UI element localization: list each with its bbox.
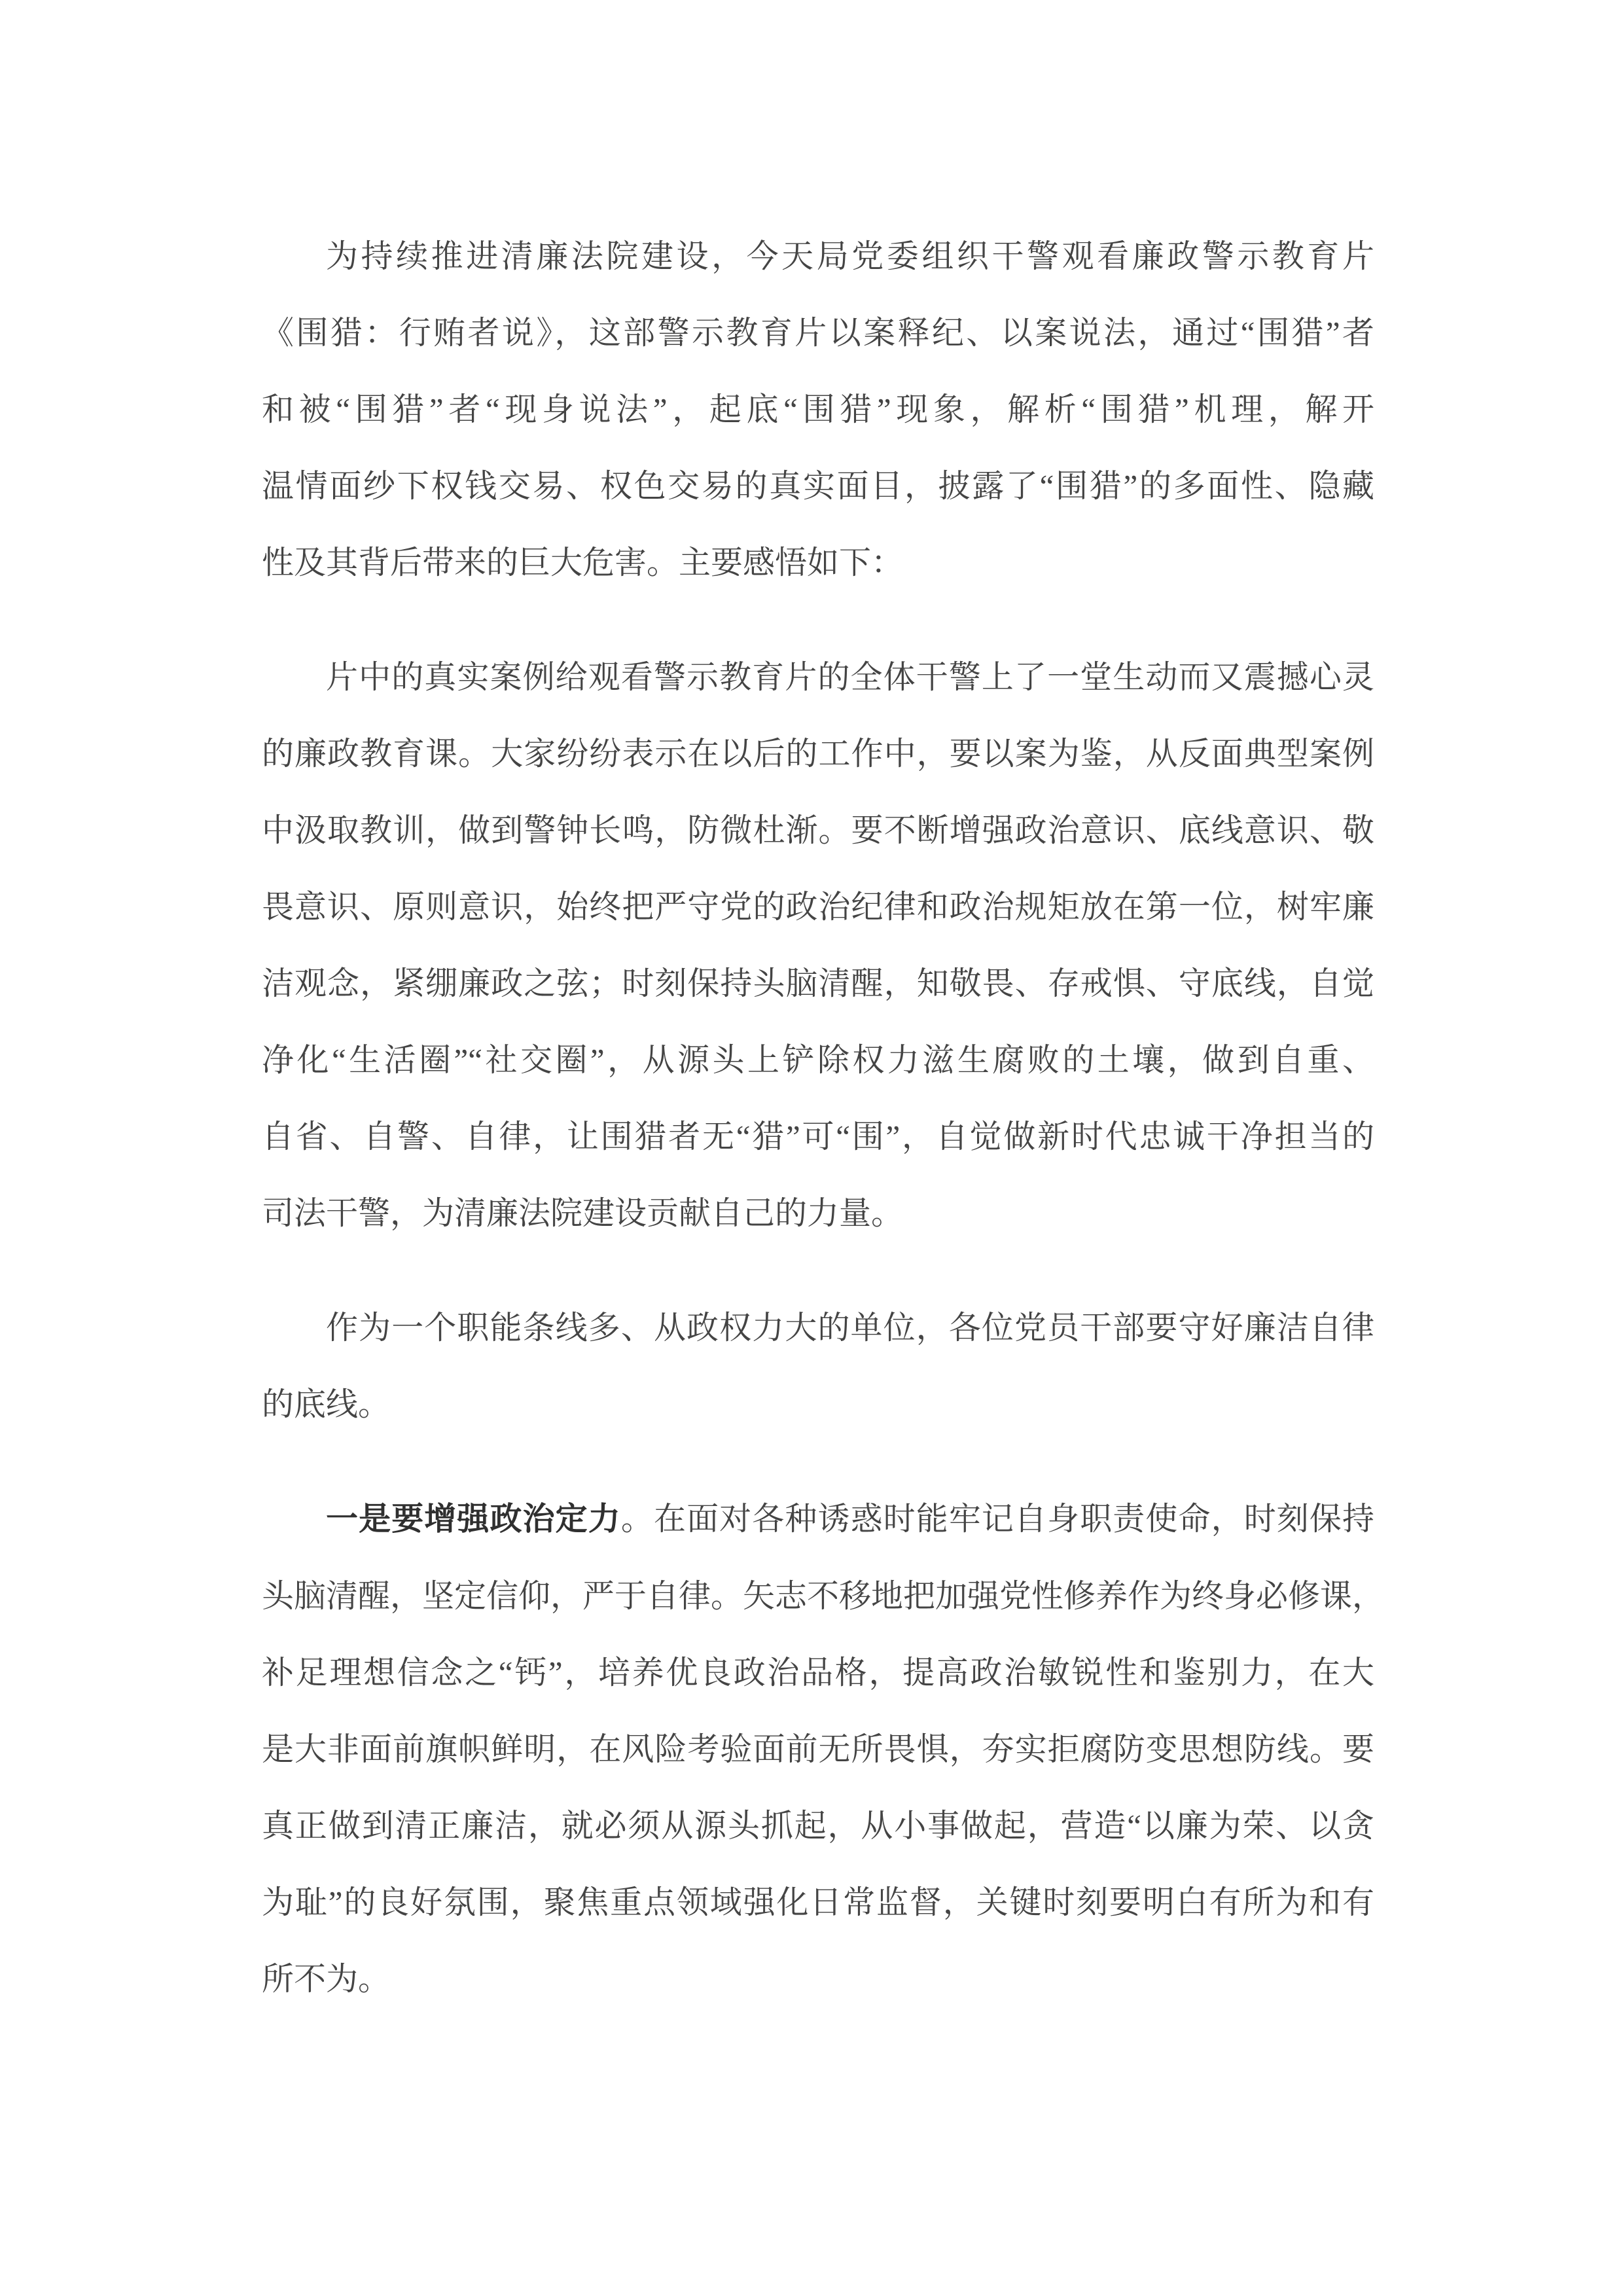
text-line: 自省、自警、自律，让围猎者无“猎”可“围”，自觉做新时代忠诚干净担当的 (262, 1098, 1374, 1175)
text-line: 是大非面前旗帜鲜明，在风险考验面前无所畏惧，夯实拒腐防变思想防线。要 (262, 1711, 1374, 1787)
text-line: 性及其背后带来的巨大危害。主要感悟如下： (262, 524, 1374, 601)
bold-run: 一是要增强政治定力 (326, 1501, 621, 1537)
text-line: 和被“围猎”者“现身说法”，起底“围猎”现象，解析“围猎”机理，解开 (262, 371, 1374, 448)
paragraph-unit-requirement: 作为一个职能条线多、从政权力大的单位，各位党员干部要守好廉洁自律的底线。 (262, 1289, 1374, 1443)
paragraph-reflection: 片中的真实案例给观看警示教育片的全体干警上了一堂生动而又震撼心灵的廉政教育课。大… (262, 639, 1374, 1251)
text-line: 中汲取教训，做到警钟长鸣，防微杜渐。要不断增强政治意识、底线意识、敬 (262, 792, 1374, 869)
text-line: 头脑清醒，坚定信仰，严于自律。矢志不移地把加强党性修养作为终身必修课， (262, 1558, 1374, 1634)
text-line: 为耻”的良好氛围，聚焦重点领域强化日常监督，关键时刻要明白有所为和有 (262, 1864, 1374, 1941)
paragraph-intro: 为持续推进清廉法院建设，今天局党委组织干警观看廉政警示教育片《围猎：行贿者说》，… (262, 218, 1374, 601)
text-line: 畏意识、原则意识，始终把严守党的政治纪律和政治规矩放在第一位，树牢廉 (262, 869, 1374, 945)
paragraph-point-one: 一是要增强政治定力。在面对各种诱惑时能牢记自身职责使命，时刻保持头脑清醒，坚定信… (262, 1480, 1374, 2017)
text-line: 净化“生活圈”“社交圈”，从源头上铲除权力滋生腐败的土壤，做到自重、 (262, 1022, 1374, 1098)
document-page: 为持续推进清廉法院建设，今天局党委组织干警观看廉政警示教育片《围猎：行贿者说》，… (0, 0, 1623, 2296)
text-line: 所不为。 (262, 1941, 1374, 2017)
text-line: 洁观念，紧绷廉政之弦；时刻保持头脑清醒，知敬畏、存戒惧、守底线，自觉 (262, 945, 1374, 1022)
text-line: 的廉政教育课。大家纷纷表示在以后的工作中，要以案为鉴，从反面典型案例 (262, 715, 1374, 792)
text-line: 温情面纱下权钱交易、权色交易的真实面目，披露了“围猎”的多面性、隐藏 (262, 448, 1374, 524)
text-line: 一是要增强政治定力。在面对各种诱惑时能牢记自身职责使命，时刻保持 (262, 1480, 1374, 1558)
text-line: 《围猎：行贿者说》，这部警示教育片以案释纪、以案说法，通过“围猎”者 (262, 295, 1374, 371)
text-line: 真正做到清正廉洁，就必须从源头抓起，从小事做起，营造“以廉为荣、以贪 (262, 1787, 1374, 1864)
text-line: 作为一个职能条线多、从政权力大的单位，各位党员干部要守好廉洁自律 (262, 1289, 1374, 1366)
text-line: 司法干警，为清廉法院建设贡献自己的力量。 (262, 1175, 1374, 1251)
text-line: 补足理想信念之“钙”，培养优良政治品格，提高政治敏锐性和鉴别力，在大 (262, 1634, 1374, 1711)
text-line: 的底线。 (262, 1366, 1374, 1443)
text-line: 片中的真实案例给观看警示教育片的全体干警上了一堂生动而又震撼心灵 (262, 639, 1374, 715)
text-line: 为持续推进清廉法院建设，今天局党委组织干警观看廉政警示教育片 (262, 218, 1374, 295)
